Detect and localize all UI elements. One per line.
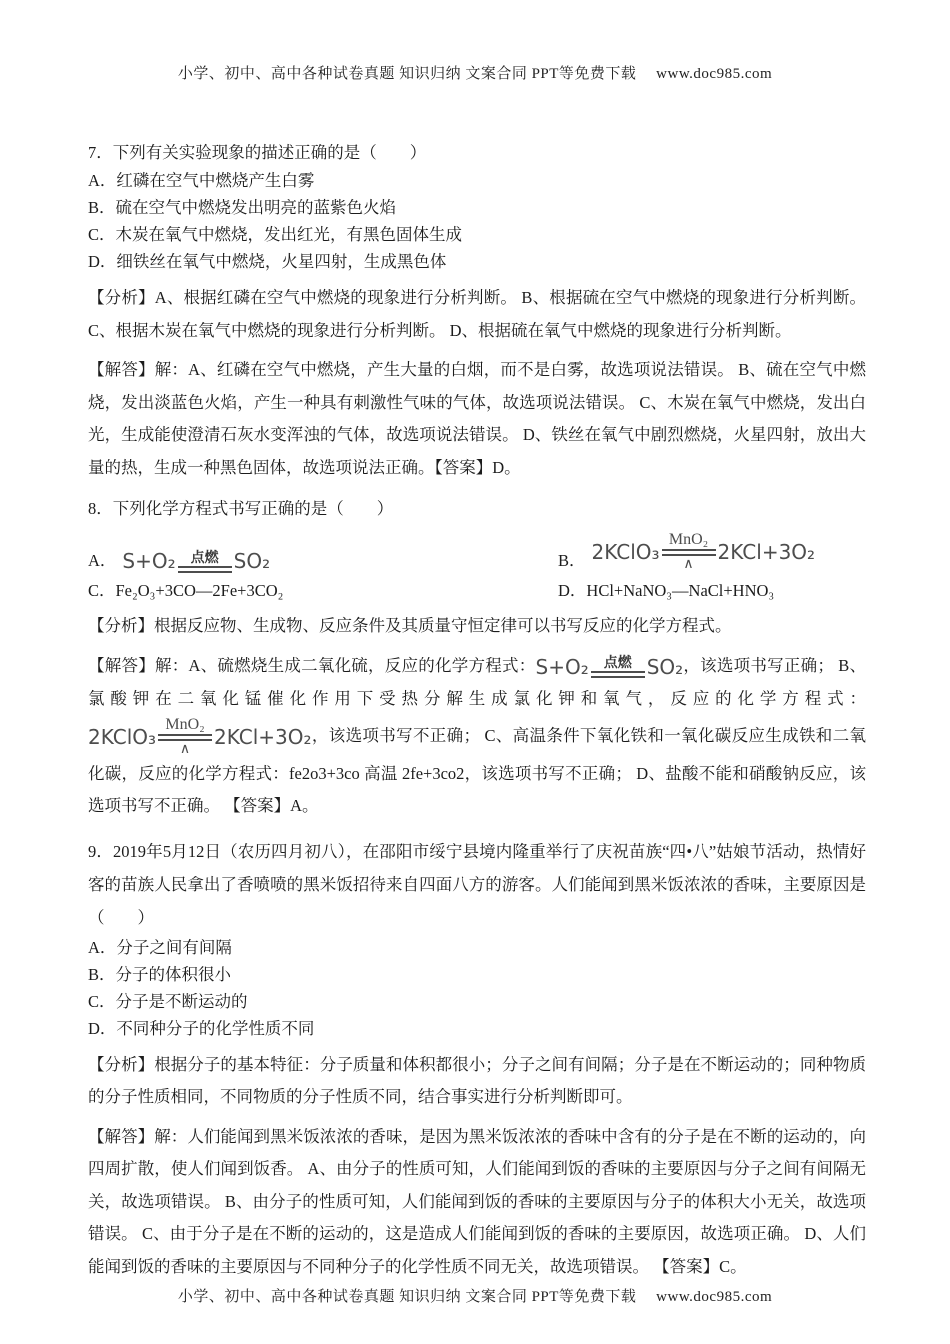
equation-rhs: 2KCl+3O₂ [214, 721, 312, 754]
question-7-title: 7．下列有关实验现象的描述正确的是（ ） [88, 139, 866, 167]
question-8-option-b: B． 2KClO₃ MnO₂ ∧ 2KCl+3O₂ [558, 531, 866, 573]
equation-catalyst-label: MnO₂ [165, 716, 204, 734]
equation-lhs: S+O₂ [122, 549, 175, 573]
question-9-analysis: 【分析】根据分子的基本特征：分子质量和体积都很小；分子之间有间隔；分子是在不断运… [88, 1049, 866, 1114]
equation-sulfur-ignite: S+O₂ 点燃 SO₂ [122, 549, 270, 573]
question-9-option-d: D．不同种分子的化学性质不同 [88, 1015, 866, 1042]
question-9-option-c: C．分子是不断运动的 [88, 988, 866, 1015]
answer-text-segment: 【解答】解：A、硫燃烧生成二氧化硫，反应的化学方程式： [88, 656, 536, 675]
equation-lhs: 2KClO₃ [88, 721, 156, 754]
question-9-option-a: A．分子之间有间隔 [88, 934, 866, 961]
page-header: 小学、初中、高中各种试卷真题 知识归纳 文案合同 PPT等免费下载 www.do… [0, 0, 950, 83]
equation-rhs: SO₂ [234, 549, 270, 573]
question-7-option-b: B．硫在空气中燃烧发出明亮的蓝紫色火焰 [88, 194, 866, 221]
equation-double-line [178, 566, 232, 573]
equation-heat-symbol: ∧ [683, 556, 693, 573]
equation-catalyst-label: MnO₂ [669, 531, 708, 549]
equation-condition-stack: MnO₂ ∧ [662, 531, 716, 573]
equation-kclo3-decompose-inline: 2KClO₃MnO₂∧2KCl+3O₂ [88, 716, 312, 758]
question-9-title: 9．2019年5月12日（农历四月初八），在邵阳市绥宁县境内隆重举行了庆祝苗族“… [88, 835, 866, 934]
question-7: 7．下列有关实验现象的描述正确的是（ ） A．红磷在空气中燃烧产生白雾 B．硫在… [88, 139, 866, 484]
question-7-option-a: A．红磷在空气中燃烧产生白雾 [88, 167, 866, 194]
equation-lhs: S+O₂ [536, 651, 589, 684]
equation-heat-symbol: ∧ [180, 741, 190, 758]
equation-condition-stack: 点燃 [178, 550, 232, 573]
equation-sulfur-ignite-inline: S+O₂点燃SO₂ [536, 651, 684, 684]
equation-lhs: 2KClO₃ [592, 540, 660, 564]
document-page: 小学、初中、高中各种试卷真题 知识归纳 文案合同 PPT等免费下载 www.do… [0, 0, 950, 1306]
question-9-option-b: B．分子的体积很小 [88, 961, 866, 988]
question-8: 8．下列化学方程式书写正确的是（ ） A． S+O₂ 点燃 SO₂ B． [88, 495, 866, 823]
question-9-answer: 【解答】解：人们能闻到黑米饭浓浓的香味，是因为黑米饭浓浓的香味中含有的分子是在不… [88, 1121, 866, 1284]
equation-condition-label: 点燃 [604, 655, 632, 671]
equation-rhs: 2KCl+3O₂ [718, 540, 816, 564]
option-a-label: A． [88, 549, 116, 573]
option-d-text: D．HCl+NaNO₃—NaCl+HNO₃ [558, 579, 774, 603]
question-8-option-a: A． S+O₂ 点燃 SO₂ [88, 549, 558, 573]
question-8-answer: 【解答】解：A、硫燃烧生成二氧化硫，反应的化学方程式：S+O₂点燃SO₂，该选项… [88, 650, 866, 823]
question-8-title: 8．下列化学方程式书写正确的是（ ） [88, 495, 866, 523]
equation-condition-stack: MnO₂∧ [158, 716, 212, 758]
option-b-label: B． [558, 549, 586, 573]
question-8-options: A． S+O₂ 点燃 SO₂ B． 2KClO₃ [88, 531, 866, 603]
question-7-option-d: D．细铁丝在氧气中燃烧，火星四射，生成黑色体 [88, 248, 866, 275]
question-8-option-c: C．Fe₂O₃+3CO—2Fe+3CO₂ [88, 579, 558, 603]
page-footer: 小学、初中、高中各种试卷真题 知识归纳 文案合同 PPT等免费下载 www.do… [0, 1285, 950, 1306]
equation-double-line [662, 549, 716, 556]
question-7-analysis: 【分析】A、根据红磷在空气中燃烧的现象进行分析判断。 B、根据硫在空气中燃烧的现… [88, 282, 866, 347]
question-7-option-c: C．木炭在氧气中燃烧，发出红光，有黑色固体生成 [88, 221, 866, 248]
footer-text: 小学、初中、高中各种试卷真题 知识归纳 文案合同 PPT等免费下载 www.do… [178, 1289, 772, 1305]
question-9: 9．2019年5月12日（农历四月初八），在邵阳市绥宁县境内隆重举行了庆祝苗族“… [88, 835, 866, 1284]
question-7-answer: 【解答】解：A、红磷在空气中燃烧，产生大量的白烟，而不是白雾，故选项说法错误。 … [88, 354, 866, 484]
question-8-analysis: 【分析】根据反应物、生成物、反应条件及其质量守恒定律可以书写反应的化学方程式。 [88, 610, 866, 643]
document-content: 7．下列有关实验现象的描述正确的是（ ） A．红磷在空气中燃烧产生白雾 B．硫在… [88, 139, 866, 1283]
equation-condition-stack: 点燃 [591, 655, 645, 678]
equation-double-line [591, 671, 645, 678]
header-text: 小学、初中、高中各种试卷真题 知识归纳 文案合同 PPT等免费下载 www.do… [178, 66, 772, 82]
question-8-option-d: D．HCl+NaNO₃—NaCl+HNO₃ [558, 579, 866, 603]
equation-double-line [158, 734, 212, 741]
equation-condition-label: 点燃 [191, 550, 219, 566]
equation-rhs: SO₂ [647, 651, 683, 684]
equation-kclo3-decompose: 2KClO₃ MnO₂ ∧ 2KCl+3O₂ [592, 531, 816, 573]
option-c-text: C．Fe₂O₃+3CO—2Fe+3CO₂ [88, 579, 283, 603]
